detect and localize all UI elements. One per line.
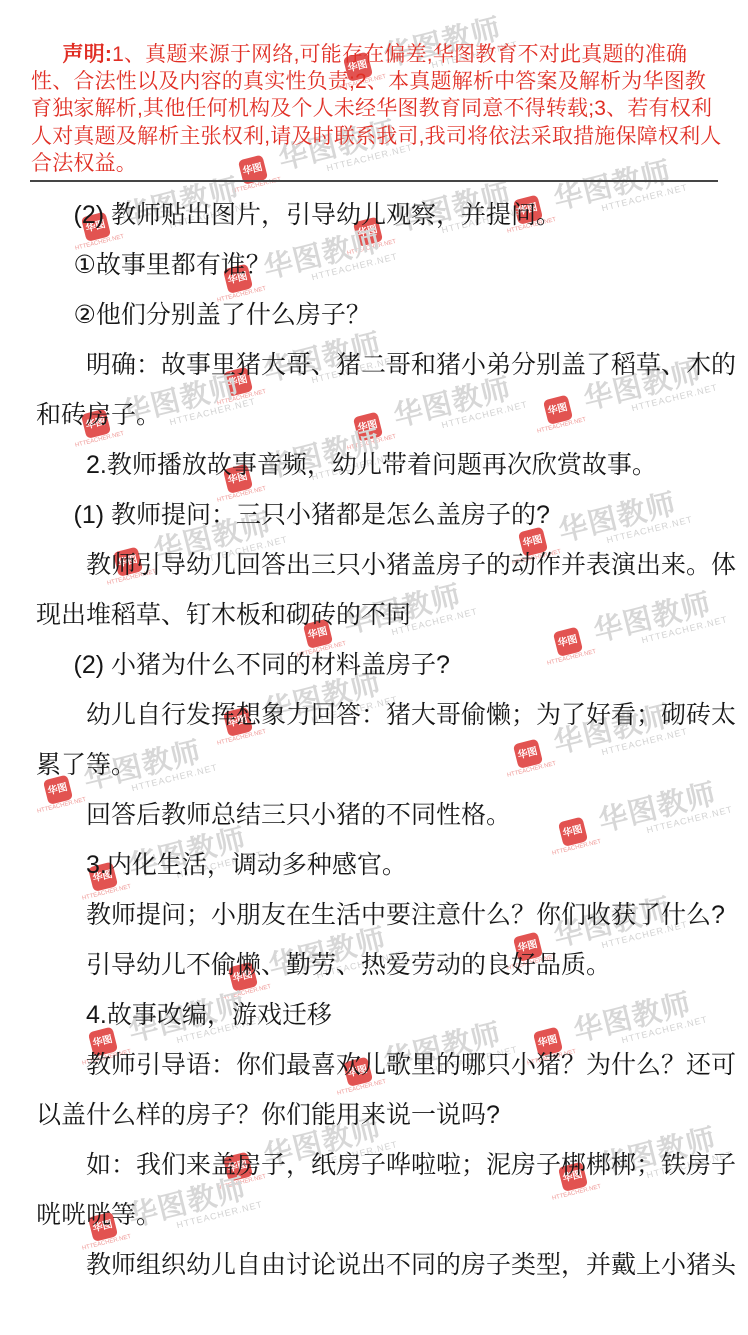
doc-line: 以盖什么样的房子？你们能用来说一说吗? xyxy=(36,1090,718,1140)
doc-line: 引导幼儿不偷懒、勤劳、热爱劳动的良好品质。 xyxy=(36,940,718,990)
doc-line: 教师组织幼儿自由讨论说出不同的房子类型，并戴上小猪头 xyxy=(36,1240,718,1290)
doc-line: ②他们分别盖了什么房子？ xyxy=(36,290,718,340)
doc-line: (1) 教师提问：三只小猪都是怎么盖房子的? xyxy=(36,490,718,540)
disclaimer-text: 1、真题来源于网络,可能存在偏差,华图教育不对此真题的准确性、合法性以及内容的真… xyxy=(31,43,721,175)
doc-line: 累了等。 xyxy=(36,740,718,790)
document-body: (2) 教师贴出图片，引导幼儿观察，并提问。①故事里都有谁？②他们分别盖了什么房… xyxy=(0,182,748,1290)
doc-line: ①故事里都有谁？ xyxy=(36,240,718,290)
doc-line: 咣咣咣等。 xyxy=(36,1190,718,1240)
doc-line: 2.教师播放故事音频，幼儿带着问题再次欣赏故事。 xyxy=(36,440,718,490)
doc-line: 幼儿自行发挥想象力回答：猪大哥偷懒；为了好看；砌砖太 xyxy=(36,690,718,740)
doc-line: (2) 教师贴出图片，引导幼儿观察，并提问。 xyxy=(36,190,718,240)
doc-line: 4.故事改编，游戏迁移 xyxy=(36,990,718,1040)
doc-line: 教师引导幼儿回答出三只小猪盖房子的动作并表演出来。体 xyxy=(36,540,718,590)
doc-line: 明确：故事里猪大哥、猪二哥和猪小弟分别盖了稻草、木的 xyxy=(36,340,718,390)
doc-line: 如：我们来盖房子，纸房子哗啦啦；泥房子梆梆梆；铁房子 xyxy=(36,1140,718,1190)
disclaimer: 声明:1、真题来源于网络,可能存在偏差,华图教育不对此真题的准确性、合法性以及内… xyxy=(0,0,748,177)
doc-line: 3.内化生活，调动多种感官。 xyxy=(36,840,718,890)
document-page: 华图 HTTEACHER.NET 华图教师 HTTEACHER.NET 华图 H… xyxy=(0,0,748,1335)
doc-line: 教师提问；小朋友在生活中要注意什么？你们收获了什么? xyxy=(36,890,718,940)
doc-line: 现出堆稻草、钉木板和砌砖的不同 xyxy=(36,590,718,640)
doc-line: 教师引导语：你们最喜欢儿歌里的哪只小猪？为什么？还可 xyxy=(36,1040,718,1090)
disclaimer-label: 声明: xyxy=(63,43,113,66)
doc-line: 回答后教师总结三只小猪的不同性格。 xyxy=(36,790,718,840)
doc-line: (2) 小猪为什么不同的材料盖房子? xyxy=(36,640,718,690)
doc-line: 和砖房子。 xyxy=(36,390,718,440)
document-content: 声明:1、真题来源于网络,可能存在偏差,华图教育不对此真题的准确性、合法性以及内… xyxy=(0,0,748,1290)
